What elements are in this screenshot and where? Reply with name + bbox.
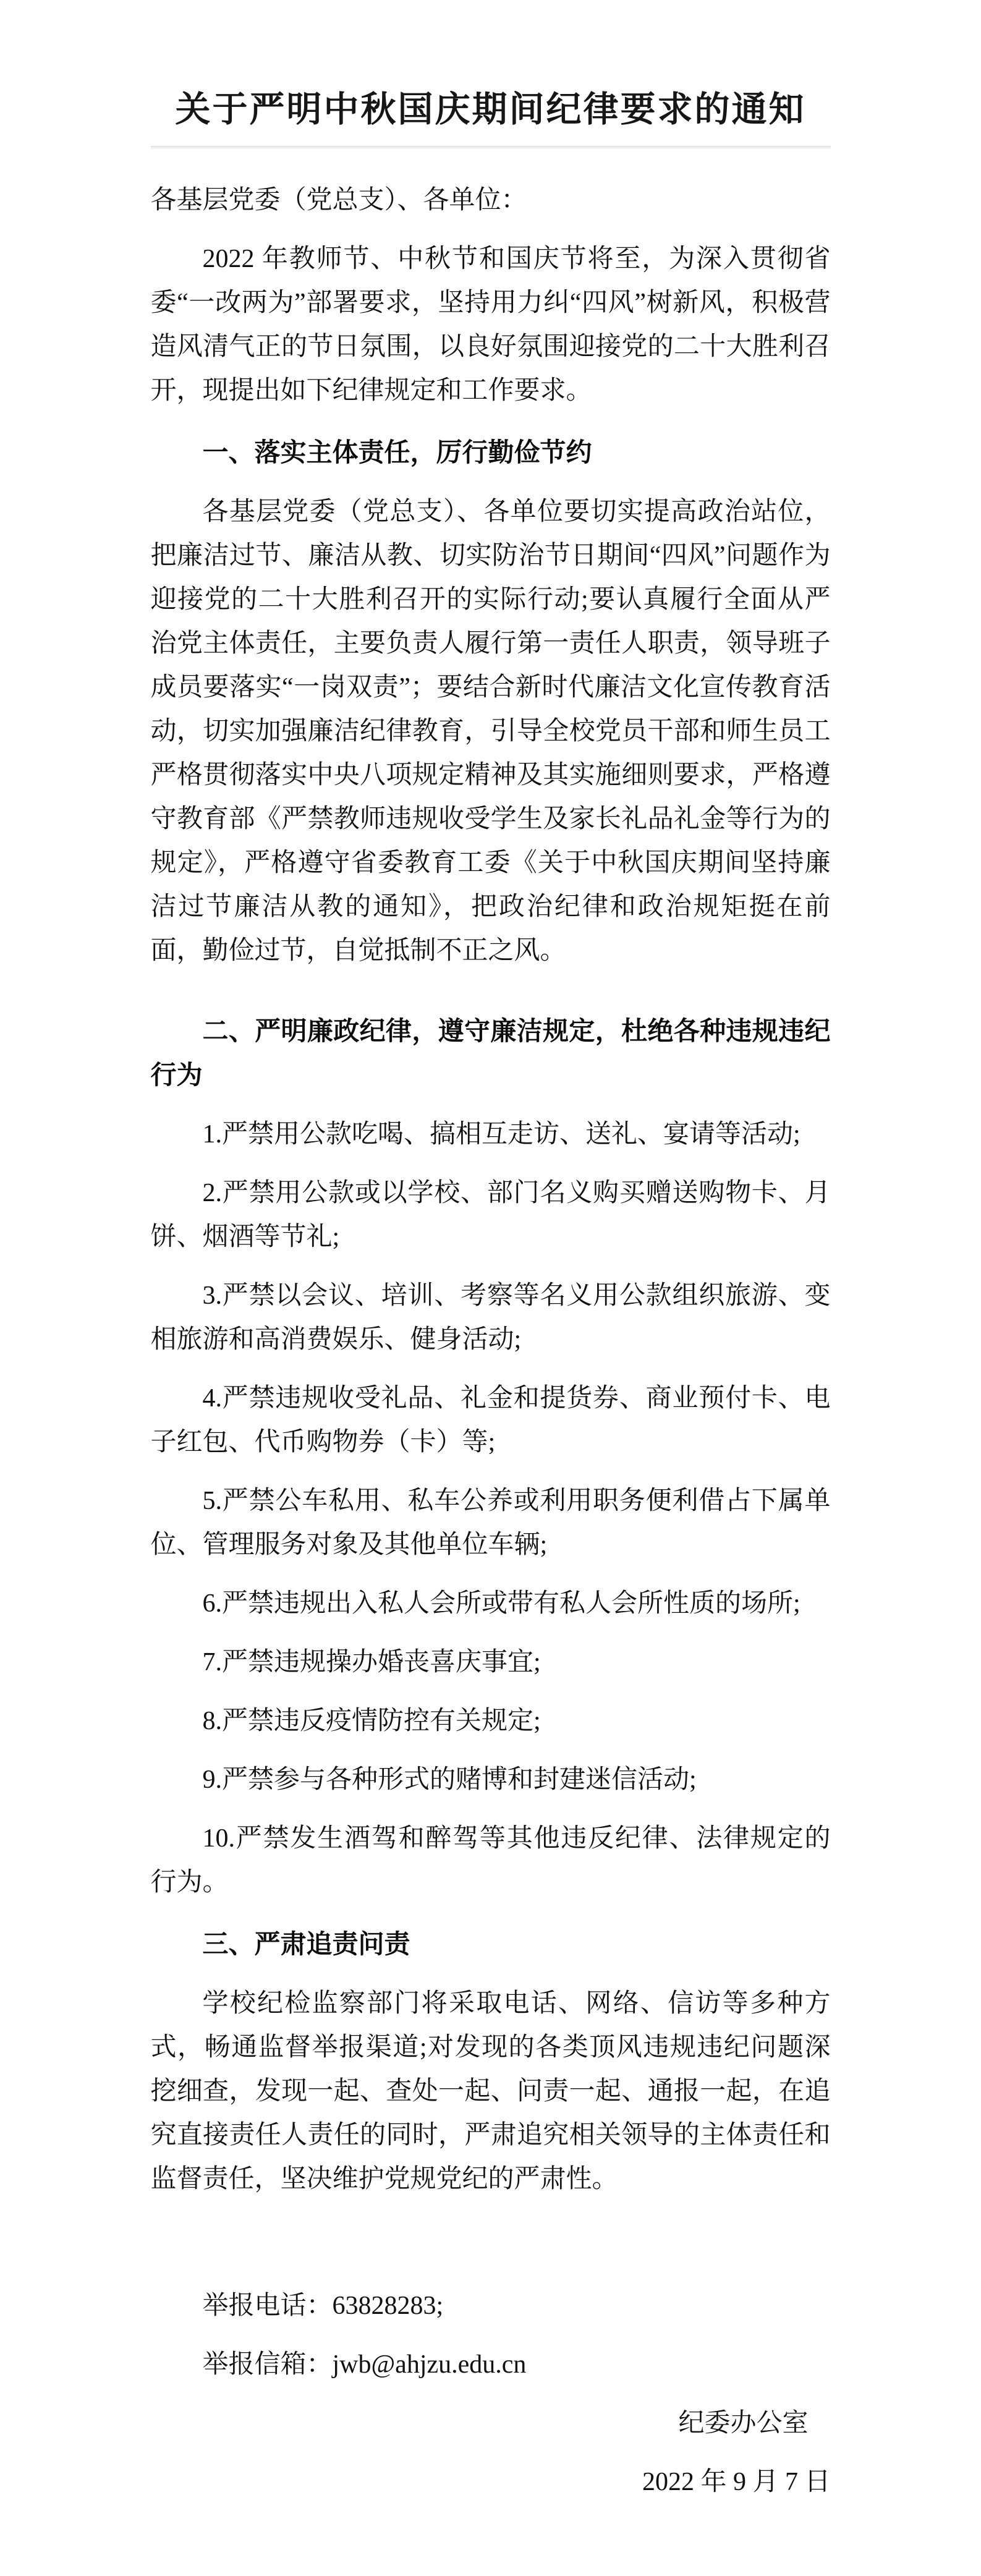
salutation: 各基层党委（党总支）、各单位：: [151, 179, 831, 223]
section-3-paragraph: 学校纪检监察部门将采取电话、网络、信访等多种方式，畅通监督举报渠道;对发现的各类…: [151, 1982, 831, 2201]
signature-date: 2022 年 9 月 7 日: [151, 2460, 831, 2504]
report-email-line: 举报信箱：jwb@ahjzu.edu.cn: [151, 2343, 831, 2387]
title-divider: [151, 146, 831, 149]
rule-item-3: 3.严禁以会议、培训、考察等名义用公款组织旅游、变相旅游和高消费娱乐、健身活动;: [151, 1274, 831, 1362]
rule-item-5: 5.严禁公车私用、私车公养或利用职务便利借占下属单位、管理服务对象及其他单位车辆…: [151, 1479, 831, 1567]
report-phone-line: 举报电话：63828283;: [151, 2284, 831, 2328]
rule-item-6: 6.严禁违规出入私人会所或带有私人会所性质的场所;: [151, 1582, 831, 1626]
document-content: 关于严明中秋国庆期间纪律要求的通知 各基层党委（党总支）、各单位： 2022 年…: [151, 0, 831, 2504]
section-1-heading: 一、落实主体责任，厉行勤俭节约: [151, 431, 831, 475]
section-1-paragraph: 各基层党委（党总支）、各单位要切实提高政治站位，把廉洁过节、廉洁从教、切实防治节…: [151, 490, 831, 973]
rule-item-4: 4.严禁违规收受礼品、礼金和提货券、商业预付卡、电子红包、代币购物券（卡）等;: [151, 1377, 831, 1464]
signature-office: 纪委办公室: [151, 2402, 831, 2446]
rule-item-10: 10.严禁发生酒驾和醉驾等其他违反纪律、法律规定的行为。: [151, 1817, 831, 1905]
section-2-heading: 二、严明廉政纪律，遵守廉洁规定，杜绝各种违规违纪行为: [151, 1010, 831, 1098]
rule-item-2: 2.严禁用公款或以学校、部门名义购买赠送购物卡、月饼、烟酒等节礼;: [151, 1171, 831, 1259]
page-title: 关于严明中秋国庆期间纪律要求的通知: [151, 0, 831, 130]
bottom-spacer: [151, 2201, 831, 2269]
intro-paragraph: 2022 年教师节、中秋节和国庆节将至，为深入贯彻省委“一改两为”部署要求，坚持…: [151, 237, 831, 413]
notice-document: 关于严明中秋国庆期间纪律要求的通知 各基层党委（党总支）、各单位： 2022 年…: [0, 0, 981, 2576]
rule-item-8: 8.严禁违反疫情防控有关规定;: [151, 1699, 831, 1743]
rule-item-1: 1.严禁用公款吃喝、搞相互走访、送礼、宴请等活动;: [151, 1113, 831, 1157]
section-3-heading: 三、严肃追责问责: [151, 1923, 831, 1967]
rule-item-9: 9.严禁参与各种形式的赌博和封建迷信活动;: [151, 1758, 831, 1802]
rule-item-7: 7.严禁违规操办婚丧喜庆事宜;: [151, 1641, 831, 1685]
